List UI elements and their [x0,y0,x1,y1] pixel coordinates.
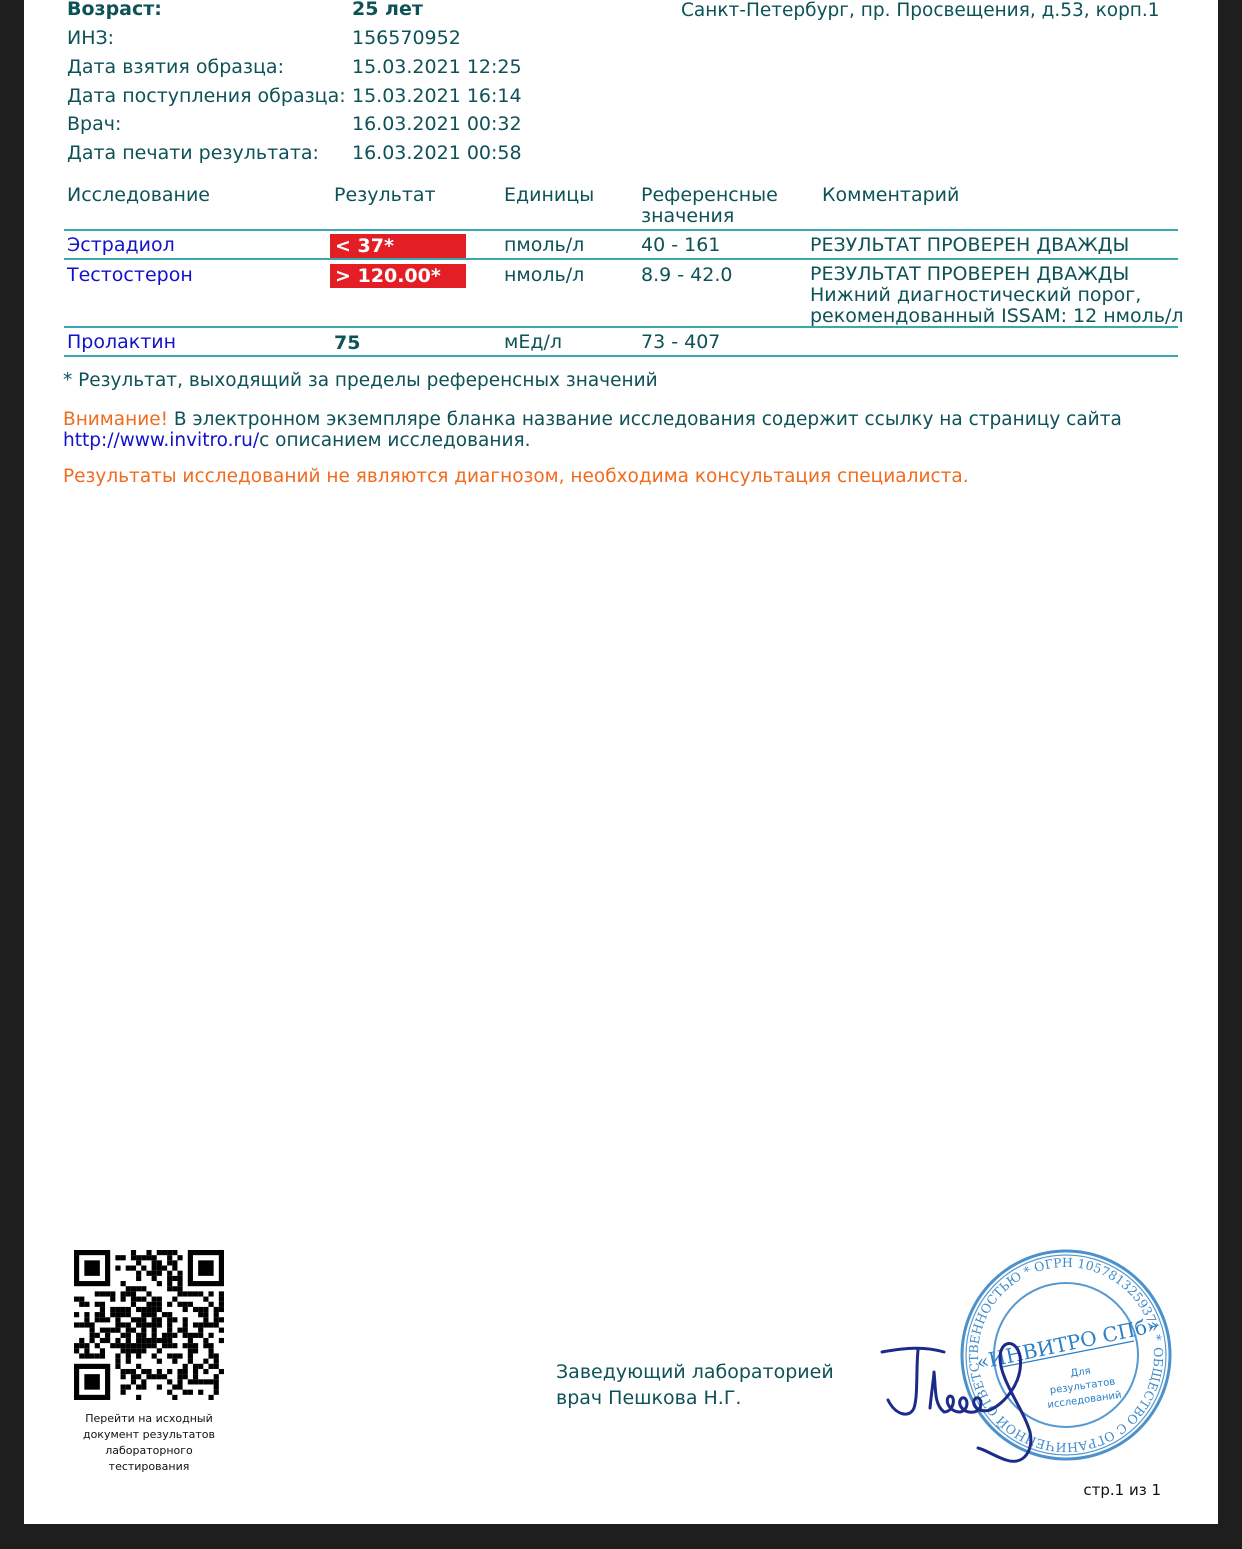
comment-line: Нижний диагностический порог, [810,285,1184,306]
sample-taken-label: Дата взятия образца: [67,56,284,78]
reference: 73 - 407 [641,331,720,353]
result-value: 75 [334,332,360,354]
qr-code-icon[interactable] [74,1250,224,1400]
print-date-label: Дата печати результата: [67,142,319,164]
reference: 8.9 - 42.0 [641,264,732,286]
link-suffix: с описанием исследования. [259,430,530,451]
units: мЕд/л [504,331,562,353]
header-reference-line2: значения [641,206,778,227]
age-label: Возраст: [67,0,162,20]
header-reference: Референсные значения [641,185,778,227]
comment-line: РЕЗУЛЬТАТ ПРОВЕРЕН ДВАЖДЫ [810,264,1184,285]
header-reference-line1: Референсные [641,185,778,206]
age-value: 25 лет [352,0,423,20]
header-test: Исследование [67,185,210,206]
stamp-line1: Для [1070,1366,1092,1380]
table-rule [64,229,1178,231]
lab-address: Санкт-Петербург, пр. Просвещения, д.53, … [681,0,1160,21]
attention-text: В электронном экземпляре бланка название… [168,409,1122,430]
page-number: стр.1 из 1 [1083,1481,1161,1499]
result-flag: > 120.00* [330,264,466,288]
comment: РЕЗУЛЬТАТ ПРОВЕРЕН ДВАЖДЫ Нижний диагнос… [810,264,1184,327]
attention-note-line2: http://www.invitro.ru/с описанием исслед… [63,430,530,451]
header-result: Результат [334,185,436,206]
attention-label: Внимание! [63,409,168,430]
table-rule [64,355,1178,357]
signature-name: врач Пешкова Н.Г. [556,1387,741,1409]
sample-taken-value: 15.03.2021 12:25 [352,56,522,78]
header-units: Единицы [504,185,594,206]
invitro-link[interactable]: http://www.invitro.ru/ [63,430,259,451]
result-flag: < 37* [330,234,466,258]
attention-note: Внимание! В электронном экземпляре бланк… [63,409,1122,430]
qr-caption: Перейти на исходный документ результатов… [74,1411,224,1475]
sample-received-value: 15.03.2021 16:14 [352,85,522,107]
table-rule [64,326,1178,328]
inz-label: ИНЗ: [67,27,114,49]
test-link-testosterone[interactable]: Тестостерон [67,264,193,286]
print-date-value: 16.03.2021 00:58 [352,142,522,164]
test-link-prolactin[interactable]: Пролактин [67,331,176,353]
inz-value: 156570952 [352,27,461,49]
signature-title: Заведующий лабораторией [556,1361,834,1383]
table-rule [64,258,1178,260]
sample-received-label: Дата поступления образца: [67,85,346,107]
doctor-value: 16.03.2021 00:32 [352,113,522,135]
signature-icon [874,1300,1054,1480]
header-comment: Комментарий [822,185,959,206]
comment-line: рекомендованный ISSAM: 12 нмоль/л [810,306,1184,327]
units: пмоль/л [504,234,584,256]
units: нмоль/л [504,264,584,286]
comment: РЕЗУЛЬТАТ ПРОВЕРЕН ДВАЖДЫ [810,234,1129,256]
lab-report-page: Возраст: 25 лет ИНЗ: 156570952 Дата взят… [24,0,1218,1524]
disclaimer: Результаты исследований не являются диаг… [63,466,969,487]
doctor-label: Врач: [67,113,121,135]
test-link-estradiol[interactable]: Эстрадиол [67,234,175,256]
reference: 40 - 161 [641,234,720,256]
footnote: * Результат, выходящий за пределы рефере… [63,370,658,391]
